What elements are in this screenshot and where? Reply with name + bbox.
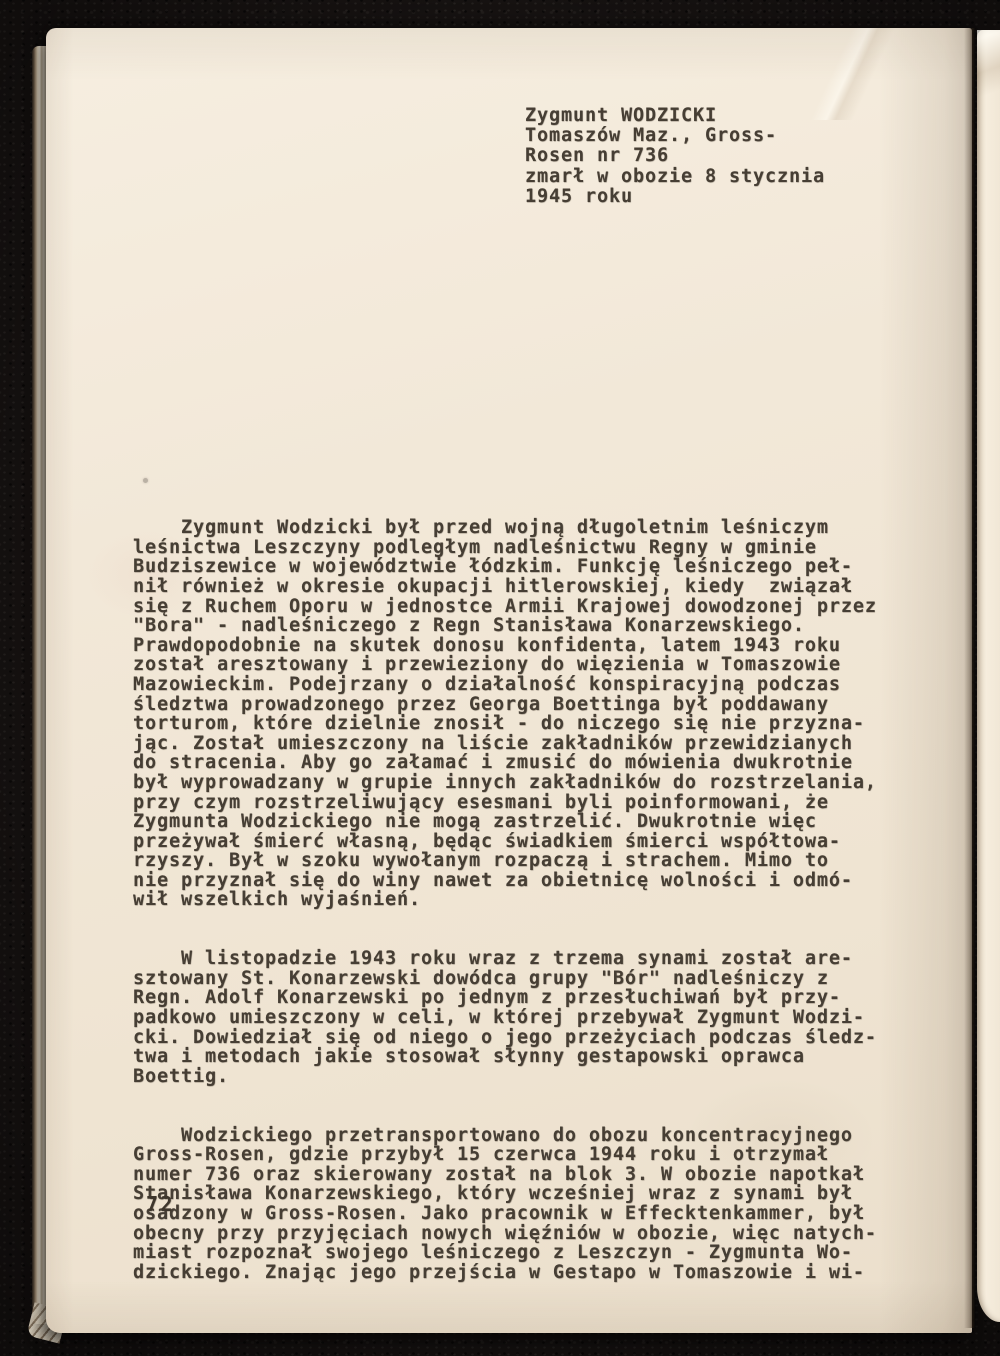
book-page: Zygmunt WODZICKI Tomaszów Maz., Gross- R… [46, 28, 972, 1333]
paragraph-biography: Zygmunt Wodzicki był przed wojną długole… [133, 518, 877, 910]
paragraph-arrest: W listopadzie 1943 roku wraz z trzema sy… [133, 949, 877, 1086]
page-number: 72 [146, 1192, 175, 1216]
paragraph-camp: Wodzickiego przetransportowano do obozu … [133, 1126, 877, 1283]
body-text: Zygmunt Wodzicki był przed wojną długole… [133, 479, 877, 1322]
victim-header: Zygmunt WODZICKI Tomaszów Maz., Gross- R… [525, 106, 825, 207]
next-page-edge [977, 30, 1000, 1322]
photo-backdrop: Zygmunt WODZICKI Tomaszów Maz., Gross- R… [0, 0, 1000, 1356]
